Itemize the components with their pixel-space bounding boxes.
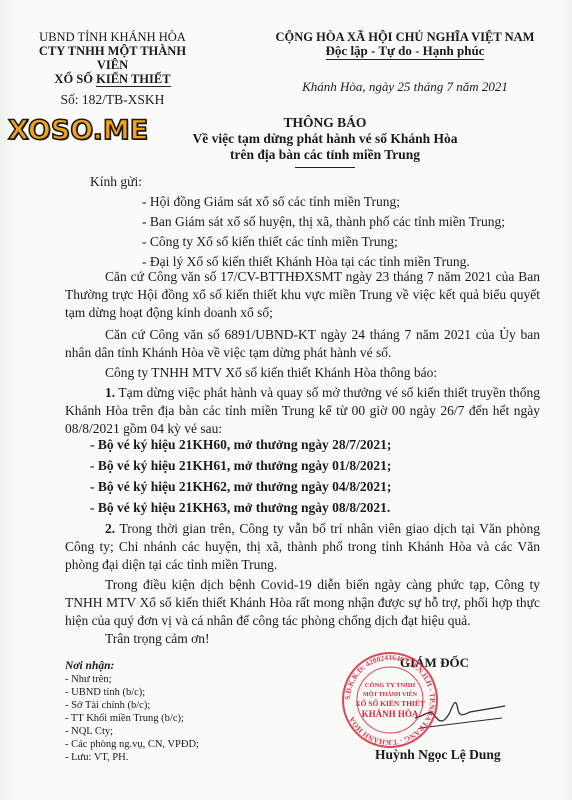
title-subject-line2: trên địa bàn các tỉnh miền Trung	[140, 147, 510, 163]
item-1-number: 1.	[105, 385, 115, 400]
ticket-series-item: - Bộ vé ký hiệu 21KH60, mở thưởng ngày 2…	[90, 434, 391, 455]
company-name-line2: XỔ SỐ KIẾN THIẾT	[30, 72, 195, 86]
item-1-text: Tạm dừng việc phát hành và quay số mở th…	[65, 385, 540, 436]
cc-item: - UBND tỉnh (b/c);	[65, 686, 199, 699]
ticket-series-item: - Bộ vé ký hiệu 21KH61, mở thưởng ngày 0…	[90, 455, 391, 476]
paragraph-item-2: 2. Trong thời gian trên, Công ty vẫn bố …	[65, 520, 540, 574]
salutation: Kính gửi:	[90, 174, 142, 190]
nation-name: CỘNG HÒA XÃ HỘI CHỦ NGHĨA VIỆT NAM	[275, 30, 535, 44]
recipient-item: - Hội đồng Giám sát xổ số các tỉnh miền …	[142, 192, 505, 212]
svg-text:XỔ SỐ KIẾN THIẾT: XỔ SỐ KIẾN THIẾT	[355, 698, 425, 708]
company-seal-stamp: S.Đ.K.K.D: 4200241640 C.T.N.H.H - TP.NHA…	[340, 650, 440, 750]
item-2-text: Trong thời gian trên, Công ty vẫn bố trí…	[65, 521, 540, 572]
cc-item: - Như trên;	[65, 673, 199, 686]
cc-item: - Các phòng ng.vụ, CN, VPĐD;	[65, 738, 199, 751]
svg-text:CÔNG TY TNHH: CÔNG TY TNHH	[365, 681, 415, 689]
national-motto: Độc lập - Tự do - Hạnh phúc	[326, 44, 485, 60]
paragraph-item-1: 1. Tạm dừng việc phát hành và quay số mở…	[65, 384, 540, 438]
authority-name: UBND TỈNH KHÁNH HÒA	[30, 30, 195, 44]
cc-item: - TT Khối miền Trung (b/c);	[65, 712, 199, 725]
svg-text:MỘT THÀNH VIÊN: MỘT THÀNH VIÊN	[363, 690, 418, 698]
document-title: THÔNG BÁO Về việc tạm dừng phát hành vé …	[140, 115, 510, 168]
cc-item: - Lưu: VT, PH.	[65, 751, 199, 764]
company-name-line1: CTY TNHH MỘT THÀNH VIÊN	[30, 44, 195, 72]
signer-name: Huỳnh Ngọc Lệ Dung	[375, 747, 501, 763]
paragraph-basis-2: Căn cứ Công văn số 6891/UBND-KT ngày 24 …	[65, 326, 540, 362]
company-name-part-a: XỔ SỐ	[54, 72, 96, 86]
title-divider	[295, 167, 355, 168]
document-page: UBND TỈNH KHÁNH HÒA CTY TNHH MỘT THÀNH V…	[0, 0, 572, 800]
paragraph-announce: Công ty TNHH MTV Xổ số kiến thiết Khánh …	[65, 364, 540, 382]
ticket-series-item: - Bộ vé ký hiệu 21KH62, mở thưởng ngày 0…	[90, 476, 391, 497]
paragraph-covid: Trong điều kiện dịch bệnh Covid-19 diễn …	[65, 576, 540, 630]
national-header: CỘNG HÒA XÃ HỘI CHỦ NGHĨA VIỆT NAM Độc l…	[275, 30, 535, 94]
title-subject-line1: Về việc tạm dừng phát hành vé số Khánh H…	[140, 131, 510, 147]
cc-list: Nơi nhận: - Như trên; - UBND tỉnh (b/c);…	[65, 660, 199, 764]
recipient-item: - Ban Giám sát xổ số huyện, thị xã, thàn…	[142, 212, 505, 232]
cc-title: Nơi nhận:	[65, 660, 199, 673]
company-name-part-b: KIẾN THIẾT	[96, 72, 170, 87]
cc-item: - Sở Tài chính (b/c);	[65, 699, 199, 712]
title-heading: THÔNG BÁO	[140, 115, 510, 131]
paragraph-thanks: Trân trọng cảm ơn!	[65, 630, 540, 648]
document-number: Số: 182/TB-XSKH	[30, 93, 195, 107]
svg-text:KHÁNH HÒA: KHÁNH HÒA	[362, 709, 419, 719]
paragraph-basis-1: Căn cứ Công văn số 17/CV-BTTHĐXSMT ngày …	[65, 268, 540, 322]
place-date: Khánh Hòa, ngày 25 tháng 7 năm 2021	[275, 80, 535, 94]
xoso-watermark-logo: XOSO.ME	[8, 115, 148, 146]
ticket-series-item: - Bộ vé ký hiệu 21KH63, mở thưởng ngày 0…	[90, 497, 391, 518]
cc-item: - NQL Cty;	[65, 725, 199, 738]
recipient-list: - Hội đồng Giám sát xổ số các tỉnh miền …	[142, 192, 505, 272]
issuer-header: UBND TỈNH KHÁNH HÒA CTY TNHH MỘT THÀNH V…	[30, 30, 195, 107]
item-2-number: 2.	[105, 521, 115, 536]
recipient-item: - Công ty Xổ số kiến thiết các tỉnh miền…	[142, 232, 505, 252]
ticket-series-list: - Bộ vé ký hiệu 21KH60, mở thưởng ngày 2…	[90, 434, 391, 518]
